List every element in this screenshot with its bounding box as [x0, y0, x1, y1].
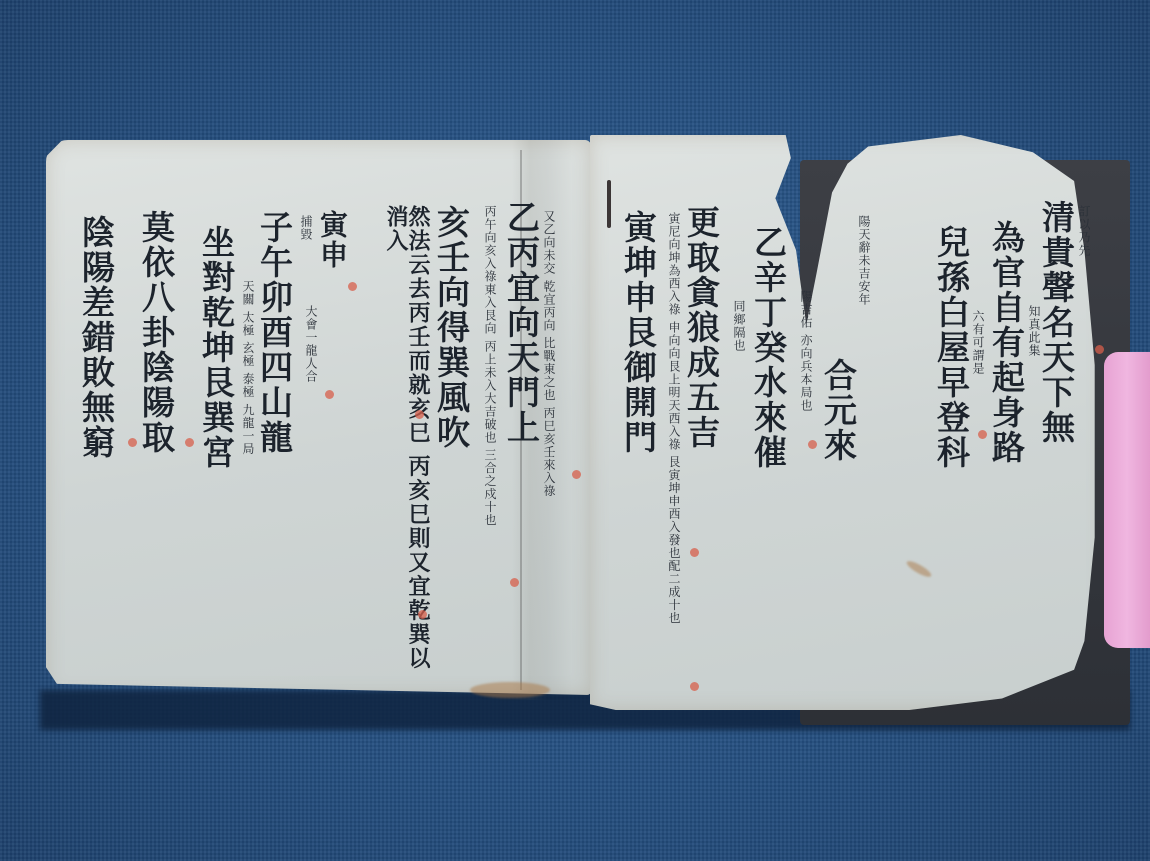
edge-stain — [470, 682, 550, 698]
seal-mark — [128, 438, 137, 447]
annotation: 陽吉佑 亦向兵本局也 — [800, 290, 812, 412]
seal-mark — [185, 438, 194, 447]
annotation: 又乙向未交 乾宜丙向 比戰東之也 丙巳亥壬來入祿 — [543, 210, 555, 610]
seal-mark — [690, 548, 699, 557]
verse-column: 寅申 — [318, 210, 346, 270]
seal-mark — [415, 410, 424, 419]
seal-mark — [978, 430, 987, 439]
annotation: 六有可謂是 — [972, 310, 984, 375]
seal-mark — [690, 682, 699, 691]
verse-column: 兒孫白屋早登科 — [935, 225, 968, 470]
seal-mark — [325, 390, 334, 399]
verse-column: 子午卯酉四山龍 — [258, 210, 291, 455]
annotation: 捕毀 — [300, 215, 312, 241]
verse-column: 陰陽差錯敗無窮 — [80, 215, 113, 460]
seal-mark — [510, 578, 519, 587]
verse-column: 更取貪狼成五吉 — [685, 205, 718, 450]
verse-column: 為官自有起身路 — [990, 220, 1023, 465]
verse-column: 合元來 — [822, 358, 855, 463]
verse-column: 乙丙宜向天門上 — [505, 200, 538, 445]
verse-column: 坐對乾坤艮巽宮 — [200, 225, 233, 470]
annotation: 寅尼向坤為西入祿 申向向艮上明天西入祿 艮寅坤申西入發也配二成十也 — [668, 212, 680, 702]
commentary-column: 然法云去丙壬而就亥巳 丙亥巳則又宜乾巽以消入 — [385, 205, 429, 675]
seal-mark — [572, 470, 581, 479]
binding-hole — [607, 180, 611, 228]
verse-column: 莫依八卦陰陽取 — [140, 210, 173, 455]
annotation: 訂以乃先 — [1078, 205, 1090, 257]
annotation: 天關 太極 玄極 泰極 九龍一局 — [242, 280, 254, 480]
seal-mark — [418, 610, 427, 619]
seal-mark — [808, 440, 817, 449]
verse-column: 寅坤申艮御開門 — [622, 210, 655, 455]
annotation: 陽天辭未吉安年 — [858, 215, 870, 306]
verse-column: 亥壬向得巽風吹 — [435, 205, 468, 450]
annotation: 大會一龍人合 — [305, 305, 317, 383]
annotation: 知真此集 — [1028, 305, 1040, 357]
verse-column: 清貴聲名天下無 — [1040, 200, 1073, 445]
seal-mark — [1095, 345, 1104, 354]
pink-object — [1104, 352, 1150, 648]
verse-column: 乙辛丁癸水來催 — [752, 225, 785, 470]
annotation: 同鄉隔也 — [733, 300, 745, 352]
annotation: 丙午向亥入祿東入艮向 丙上未入大吉破也 三合之戍十也 — [484, 205, 496, 595]
seal-mark — [348, 282, 357, 291]
